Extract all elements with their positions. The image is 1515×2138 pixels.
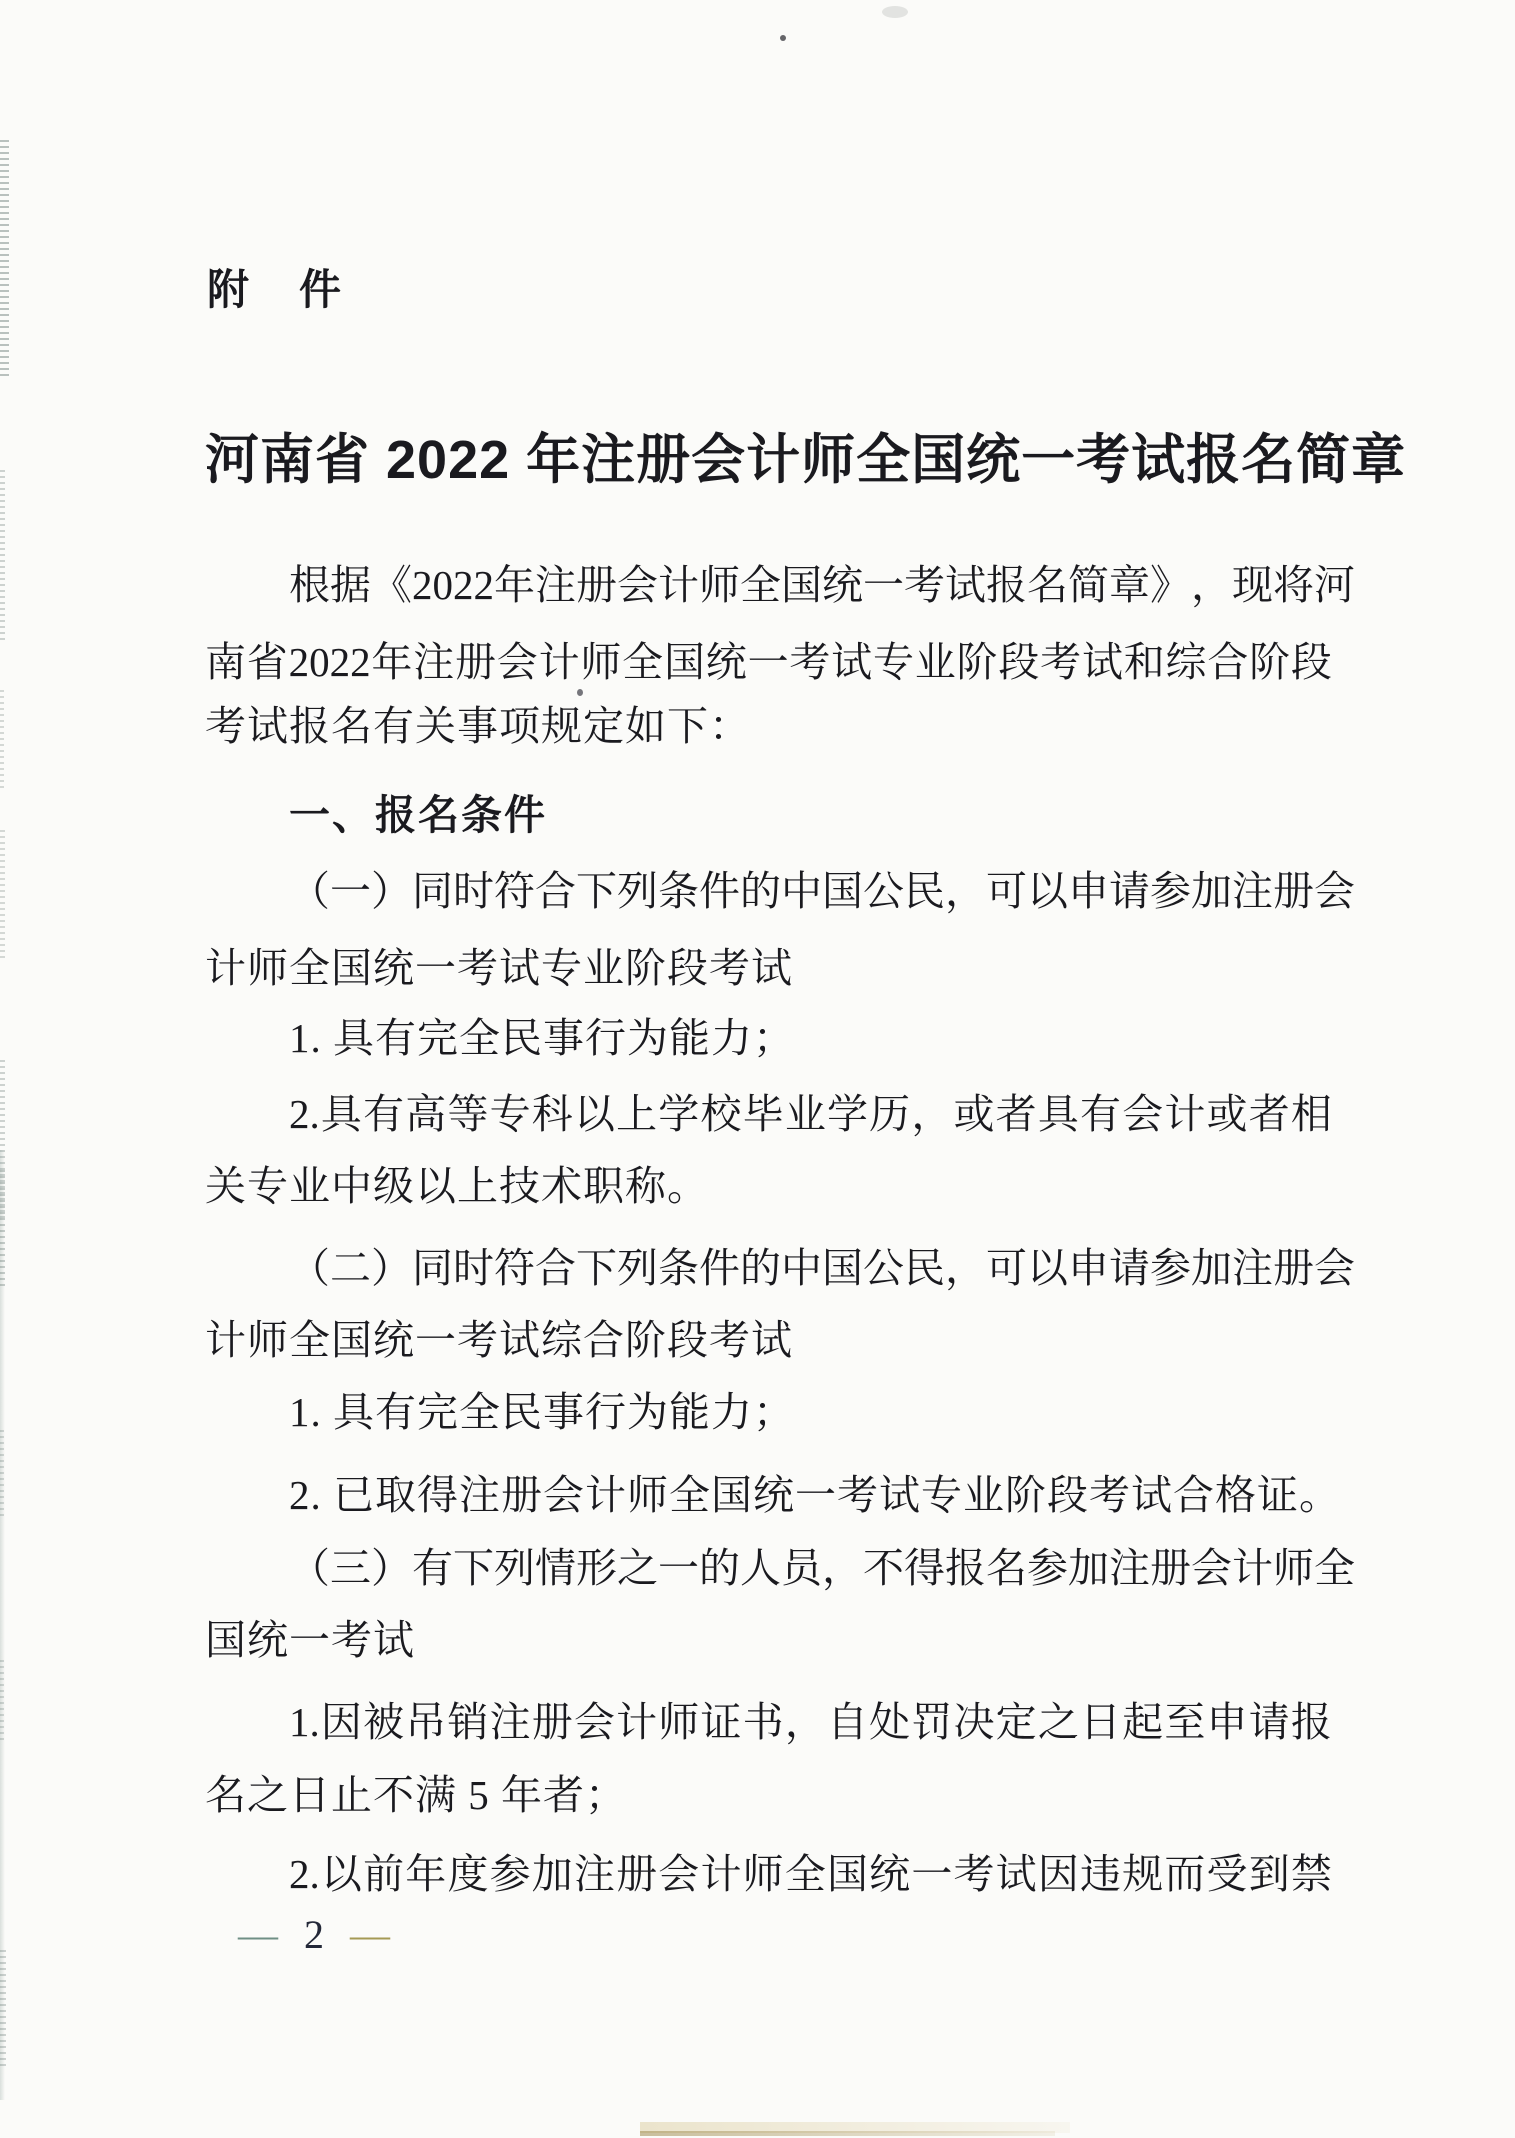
doc-line: （二）同时符合下列条件的中国公民，可以申请参加注册会 [289, 1230, 1332, 1306]
footer-dash-right: — [350, 1899, 390, 1971]
doc-line: 2. 具有高等专科以上学校毕业学历，或者具有会计或者相 [289, 1076, 1332, 1152]
section-heading: 一、报名条件 [289, 777, 1332, 853]
page-footer: — 2 — [238, 1899, 390, 1971]
attachment-label: 附 件 [207, 252, 345, 328]
doc-line: 2. 以前年度参加注册会计师全国统一考试因违规而受到禁 [289, 1836, 1332, 1912]
doc-line: 1. 具有完全民事行为能力； [289, 1374, 1332, 1450]
document-page: 附 件 河南省 2022 年注册会计师全国统一考试报名简章 根据《2022 年注… [0, 0, 1515, 2138]
scan-speck [780, 35, 786, 41]
scan-edge-artifact [0, 1170, 5, 1290]
page-number: 2 [304, 1899, 324, 1971]
page-title: 河南省 2022 年注册会计师全国统一考试报名简章 [205, 405, 1332, 515]
doc-line: 1. 因被吊销注册会计师证书，自处罚决定之日起至申请报 [289, 1684, 1332, 1760]
scan-edge-artifact [0, 1660, 4, 1740]
scan-edge-artifact [0, 830, 5, 960]
doc-line: 国统一考试 [205, 1602, 1332, 1678]
doc-line: 关专业中级以上技术职称。 [205, 1148, 1332, 1224]
scan-speck [577, 689, 583, 696]
scan-edge-artifact [0, 690, 4, 790]
scan-bottom-smudge [640, 2131, 1055, 2136]
scan-edge-artifact [0, 1950, 6, 2070]
doc-line: 计师全国统一考试综合阶段考试 [205, 1302, 1332, 1378]
doc-line: （一）同时符合下列条件的中国公民，可以申请参加注册会 [289, 853, 1332, 929]
doc-line: 根据《2022 年注册会计师全国统一考试报名简章》，现将河 [289, 547, 1332, 623]
scan-speck [882, 6, 908, 18]
doc-line: 考试报名有关事项规定如下： [205, 688, 1332, 764]
scan-edge-artifact [0, 140, 9, 380]
doc-line: （三）有下列情形之一的人员，不得报名参加注册会计师全 [289, 1530, 1332, 1606]
doc-line: 1. 具有完全民事行为能力； [289, 1000, 1332, 1076]
doc-line: 计师全国统一考试专业阶段考试 [205, 930, 1332, 1006]
scan-edge-artifact [0, 470, 5, 640]
footer-dash-left: — [238, 1899, 278, 1971]
scan-edge-artifact [0, 1430, 4, 1520]
doc-line: 2. 已取得注册会计师全国统一考试专业阶段考试合格证。 [289, 1457, 1332, 1533]
doc-line: 名之日止不满 5 年者； [205, 1757, 1332, 1833]
